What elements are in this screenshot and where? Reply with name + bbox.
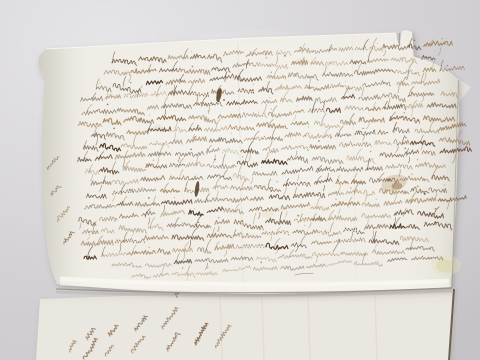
letter-photo-canvas [0, 0, 480, 360]
handwriting-stroke [123, 121, 125, 123]
handwriting-stroke [214, 159, 216, 161]
handwriting-stroke [194, 208, 195, 209]
handwriting-stroke [271, 72, 272, 73]
handwriting-stroke [345, 81, 346, 82]
handwriting-stroke [442, 38, 444, 40]
handwriting-stroke [148, 197, 150, 199]
handwriting-stroke [208, 110, 210, 112]
handwriting-stroke [376, 199, 378, 201]
handwriting-stroke [350, 187, 352, 189]
handwriting-stroke [308, 126, 309, 127]
handwriting-stroke [148, 247, 150, 249]
handwriting-stroke [271, 108, 272, 109]
handwriting-stroke [297, 215, 299, 217]
handwriting-stroke [377, 43, 378, 44]
handwriting-stroke [304, 225, 305, 226]
handwriting-stroke [182, 222, 184, 224]
handwriting-stroke [99, 83, 100, 84]
handwriting-stroke [149, 115, 150, 116]
handwriting-stroke [113, 128, 115, 130]
handwriting-stroke [153, 160, 154, 161]
handwriting-stroke [447, 65, 449, 67]
handwriting-stroke [297, 106, 298, 107]
handwriting-stroke [335, 198, 337, 200]
handwriting-stroke [130, 82, 131, 83]
handwriting-stroke [390, 224, 391, 225]
handwriting-stroke [318, 140, 320, 142]
handwriting-stroke [450, 89, 451, 90]
handwriting-stroke [435, 208, 436, 209]
handwriting-stroke [370, 151, 372, 153]
handwriting-stroke [424, 193, 426, 195]
handwriting-stroke [197, 125, 199, 127]
ink-blot-dot [223, 99, 225, 101]
handwriting-stroke [330, 136, 332, 138]
handwriting-stroke [405, 77, 406, 78]
handwriting-stroke [198, 222, 199, 223]
handwriting-stroke [127, 189, 128, 190]
handwriting-stroke [277, 181, 278, 182]
handwriting-stroke [417, 159, 418, 160]
handwriting-stroke [261, 167, 262, 168]
handwriting-stroke [191, 51, 192, 52]
handwriting-stroke [269, 97, 270, 98]
handwriting-stroke [107, 103, 109, 105]
handwriting-stroke [253, 84, 254, 85]
second-sheet-shading [36, 288, 453, 360]
handwriting-stroke [172, 90, 173, 91]
handwriting-stroke [174, 197, 175, 198]
handwriting-stroke [218, 217, 219, 218]
handwriting-stroke [195, 136, 197, 138]
handwriting-stroke [266, 57, 268, 59]
yellow-stain [436, 260, 454, 273]
handwriting-stroke [404, 112, 405, 113]
handwriting-stroke [258, 112, 259, 113]
handwriting-stroke [182, 267, 183, 268]
handwriting-stroke [231, 133, 232, 134]
handwriting-stroke [106, 115, 107, 116]
handwriting-stroke [207, 267, 209, 269]
handwriting-stroke [270, 190, 272, 192]
handwriting-stroke [405, 137, 407, 139]
handwriting-stroke [411, 92, 413, 94]
handwriting-stroke [171, 83, 173, 85]
handwriting-stroke [99, 205, 100, 206]
handwriting-stroke [190, 148, 192, 150]
letter-photograph [0, 0, 480, 360]
handwriting-stroke [242, 156, 243, 157]
first-sheet [39, 30, 472, 294]
handwriting-stroke [280, 50, 281, 51]
handwriting-stroke [411, 173, 413, 175]
handwriting-stroke [152, 238, 153, 239]
first-sheet-highlight [70, 30, 450, 270]
handwriting-stroke [192, 66, 194, 68]
handwriting-stroke [362, 128, 363, 129]
handwriting-stroke [348, 91, 349, 92]
handwriting-stroke [415, 141, 417, 143]
handwriting-stroke [300, 47, 302, 49]
handwriting-stroke [444, 184, 445, 185]
handwriting-stroke [417, 185, 419, 187]
handwriting-stroke [330, 167, 331, 168]
handwriting-stroke [284, 55, 286, 57]
handwriting-stroke [260, 262, 262, 264]
handwriting-stroke [404, 148, 406, 150]
